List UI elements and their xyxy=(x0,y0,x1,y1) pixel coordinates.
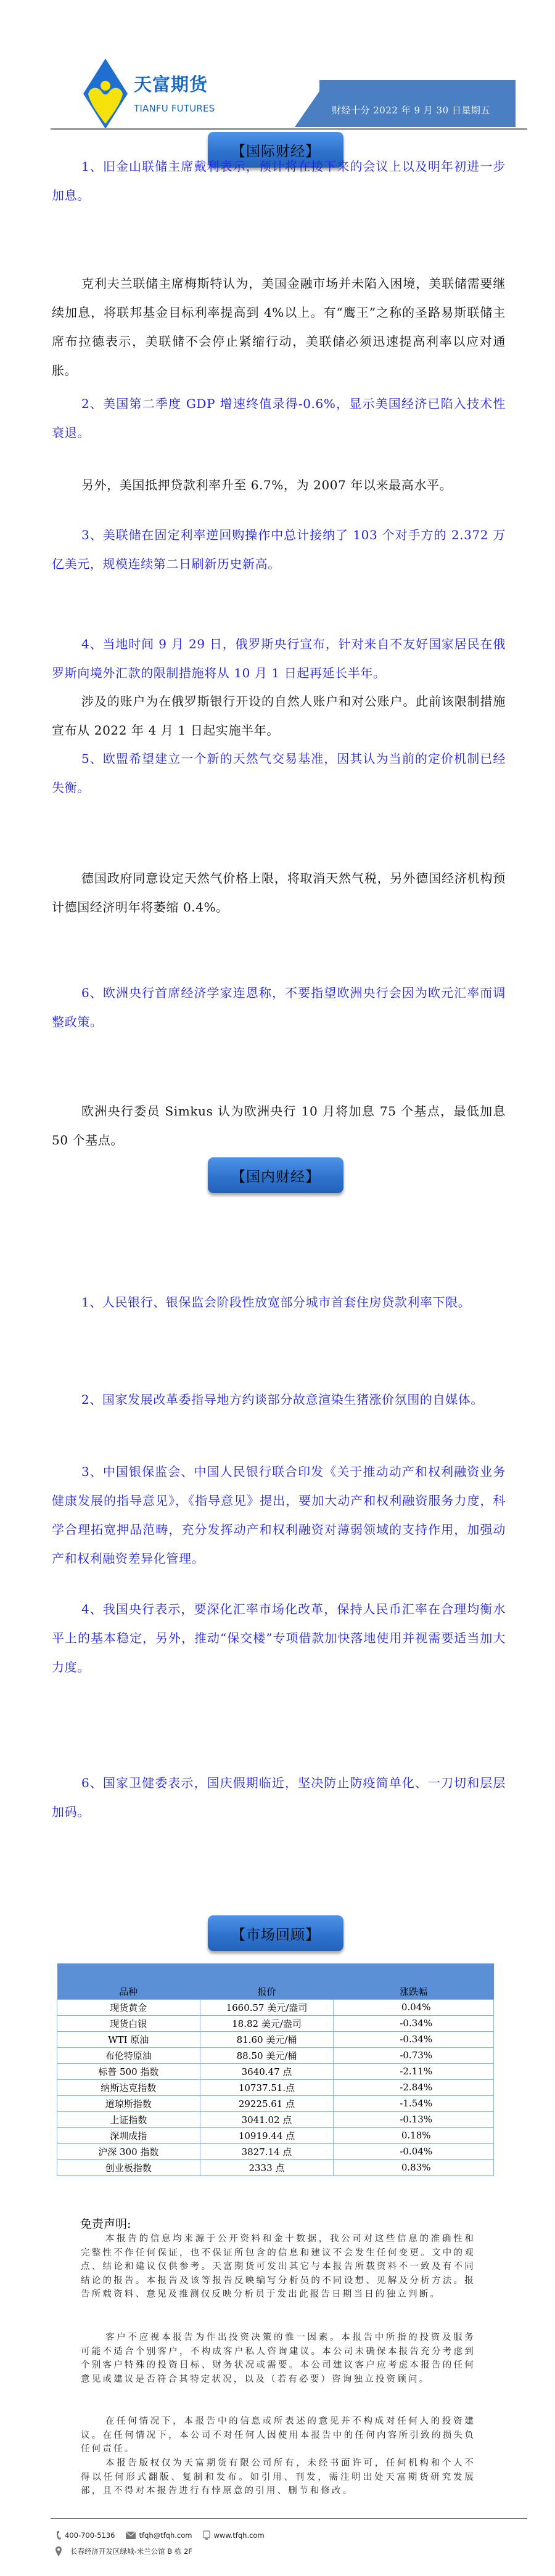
company-logo: 天富期货 TIANFU FUTURES xyxy=(83,59,219,129)
monitor-icon xyxy=(203,2530,210,2540)
intl-news-5-detail: 德国政府同意设定天然气价格上限，将取消天然气税，另外德国经济机构预计德国经济明年… xyxy=(52,864,506,922)
phone-icon xyxy=(55,2530,62,2540)
price: 3827.14 点 xyxy=(200,2143,334,2159)
instrument-name: 沪深 300 指数 xyxy=(57,2143,200,2159)
instrument-name: 创业板指数 xyxy=(57,2159,200,2175)
price: 3041.02 点 xyxy=(200,2111,334,2127)
logo-english-name: TIANFU FUTURES xyxy=(134,103,215,114)
instrument-name: 上证指数 xyxy=(57,2111,200,2127)
intl-news-1-detail: 克利夫兰联储主席梅斯特认为，美国金融市场并未陷入困境，美联储需要继续加息，将联邦… xyxy=(52,269,506,385)
intl-news-6-detail: 欧洲央行委员 Simkus 认为欧洲央行 10 月将加息 75 个基点，最低加息… xyxy=(52,1097,506,1155)
domestic-news-6: 6、国家卫健委表示，国庆假期临近，坚决防止防疫简单化、一刀切和层层加码。 xyxy=(52,1769,506,1827)
change-pct: -0.34% xyxy=(334,2015,494,2031)
instrument-name: 纳斯达克指数 xyxy=(57,2079,200,2095)
table-row: 创业板指数2333 点0.83% xyxy=(57,2159,494,2175)
footer-contacts: 400-700-5136 tfqh@tfqh.com www.tfqh.com xyxy=(55,2530,276,2540)
header-price: 报价 xyxy=(200,1963,334,1999)
disclaimer-paragraph-2: 客户不应视本报告为作出投资决策的惟一因素。本报告中所指的投资及服务可能不适合个别… xyxy=(81,2331,475,2386)
table-row: 深圳成指10919.44 点0.18% xyxy=(57,2127,494,2143)
section-title-text: 【市场回顾】 xyxy=(231,1923,320,1944)
table-row: 上证指数3041.02 点-0.13% xyxy=(57,2111,494,2127)
domestic-news-4: 4、我国央行表示，要深化汇率市场化改革，保持人民币汇率在合理均衡水平上的基本稳定… xyxy=(52,1595,506,1682)
disclaimer-paragraph-1: 本报告的信息均来源于公开资料和金十数据，我公司对这些信息的准确性和完整性不作任何… xyxy=(81,2232,475,2302)
change-pct: -1.54% xyxy=(334,2095,494,2111)
change-pct: -2.11% xyxy=(334,2063,494,2079)
intl-news-4-detail: 涉及的账户为在俄罗斯银行开设的自然人账户和对公账户。此前该限制措施宣布从 202… xyxy=(52,687,506,745)
table-row: 道琼斯指数29225.61 点-1.54% xyxy=(57,2095,494,2111)
disclaimer-paragraph-3: 在任何情况下，本报告中的信息或所表述的意见并不构成对任何人的投资建议。在任何情况… xyxy=(81,2415,475,2456)
table-row: 现货白银18.82 美元/盎司-0.34% xyxy=(57,2015,494,2031)
change-pct: -0.73% xyxy=(334,2047,494,2063)
header-change: 涨跌幅 xyxy=(334,1963,494,1999)
instrument-name: 现货黄金 xyxy=(57,1999,200,2015)
logo-chinese-name: 天富期货 xyxy=(134,71,208,96)
mail-icon xyxy=(126,2532,136,2539)
table-row: 标普 500 指数3640.47 点-2.11% xyxy=(57,2063,494,2079)
instrument-name: 深圳成指 xyxy=(57,2127,200,2143)
intl-news-2: 2、美国第二季度 GDP 增速终值录得-0.6%，显示美国经济已陷入技术性衰退。 xyxy=(52,389,506,447)
change-pct: -0.34% xyxy=(334,2031,494,2047)
domestic-news-3: 3、中国银保监会、中国人民银行联合印发《关于推动动产和权利融资业务健康发展的指导… xyxy=(52,1457,506,1573)
price: 10737.51.点 xyxy=(200,2079,334,2095)
footer-website[interactable]: www.tfqh.com xyxy=(203,2530,264,2540)
table-row: 现货黄金1660.57 美元/盎司0.04% xyxy=(57,1999,494,2015)
disclaimer-title: 免责声明: xyxy=(80,2215,131,2232)
price: 18.82 美元/盎司 xyxy=(200,2015,334,2031)
price: 1660.57 美元/盎司 xyxy=(200,1999,334,2015)
intl-news-6: 6、欧洲央行首席经济学家连恩称，不要指望欧洲央行会因为欧元汇率而调整政策。 xyxy=(52,979,506,1037)
price: 81.60 美元/桶 xyxy=(200,2031,334,2047)
instrument-name: 现货白银 xyxy=(57,2015,200,2031)
price: 3640.47 点 xyxy=(200,2063,334,2079)
intl-news-5: 5、欧盟希望建立一个新的天然气交易基准，因其认为当前的定价机制已经失衡。 xyxy=(52,744,506,802)
website-link[interactable]: www.tfqh.com xyxy=(213,2531,264,2540)
report-header: 天富期货 TIANFU FUTURES 财经十分 2022 年 9 月 30 日… xyxy=(0,0,555,132)
section-title-market: 【市场回顾】 xyxy=(208,1915,343,1951)
location-pin-icon xyxy=(55,2546,62,2556)
change-pct: -0.13% xyxy=(334,2111,494,2127)
phone-number: 400-700-5136 xyxy=(65,2531,115,2540)
intl-news-2-detail: 另外，美国抵押贷款利率升至 6.7%，为 2007 年以来最高水平。 xyxy=(52,471,506,500)
price: 10919.44 点 xyxy=(200,2127,334,2143)
section-title-domestic: 【国内财经】 xyxy=(208,1157,343,1193)
domestic-news-1: 1、人民银行、银保监会阶段性放宽部分城市首套住房贷款利率下限。 xyxy=(52,1288,506,1317)
intl-news-4: 4、当地时间 9 月 29 日，俄罗斯央行宣布，针对来自不友好国家居民在俄罗斯向… xyxy=(52,630,506,688)
footer-divider xyxy=(51,2518,527,2519)
instrument-name: 布伦特原油 xyxy=(57,2047,200,2063)
intl-news-3: 3、美联储在固定利率逆回购操作中总计接纳了 103 个对手方的 2.372 万亿… xyxy=(52,521,506,579)
instrument-name: 标普 500 指数 xyxy=(57,2063,200,2079)
change-pct: 0.83% xyxy=(334,2159,494,2175)
disclaimer-paragraph-4: 本报告版权仅为天富期货有限公司所有，未经书面许可，任何机构和个人不得以任何形式翻… xyxy=(81,2456,475,2498)
instrument-name: WTI 原油 xyxy=(57,2031,200,2047)
header-instrument: 品种 xyxy=(57,1963,200,1999)
table-header-row: 品种 报价 涨跌幅 xyxy=(57,1963,494,1999)
section-title-text: 【国内财经】 xyxy=(231,1165,320,1186)
change-pct: 0.18% xyxy=(334,2127,494,2143)
header-divider xyxy=(51,128,527,130)
price: 29225.61 点 xyxy=(200,2095,334,2111)
email-link[interactable]: tfqh@tfqh.com xyxy=(139,2531,192,2540)
change-pct: -2.84% xyxy=(334,2079,494,2095)
price: 88.50 美元/桶 xyxy=(200,2047,334,2063)
instrument-name: 道琼斯指数 xyxy=(57,2095,200,2111)
footer-address: 长春经济开发区绿城-米兰公馆 B 栋 2F xyxy=(55,2546,192,2556)
footer-phone: 400-700-5136 xyxy=(55,2530,115,2540)
change-pct: -0.04% xyxy=(334,2143,494,2159)
change-pct: 0.04% xyxy=(334,1999,494,2015)
table-row: WTI 原油81.60 美元/桶-0.34% xyxy=(57,2031,494,2047)
price: 2333 点 xyxy=(200,2159,334,2175)
domestic-news-2: 2、国家发展改革委指导地方约谈部分故意渲染生猪涨价氛围的自媒体。 xyxy=(52,1385,506,1414)
footer-email[interactable]: tfqh@tfqh.com xyxy=(126,2531,192,2540)
market-review-table: 品种 报价 涨跌幅 现货黄金1660.57 美元/盎司0.04% 现货白银18.… xyxy=(57,1963,494,2176)
table-row: 纳斯达克指数10737.51.点-2.84% xyxy=(57,2079,494,2095)
address-text: 长春经济开发区绿城-米兰公馆 B 栋 2F xyxy=(70,2546,192,2556)
table-row: 布伦特原油88.50 美元/桶-0.73% xyxy=(57,2047,494,2063)
report-date: 财经十分 2022 年 9 月 30 日星期五 xyxy=(332,104,490,116)
intl-news-1: 1、旧金山联储主席戴利表示，预计将在接下来的会议上以及明年初进一步加息。 xyxy=(52,152,506,210)
table-row: 沪深 300 指数3827.14 点-0.04% xyxy=(57,2143,494,2159)
tianfu-diamond-logo-icon xyxy=(83,59,128,129)
date-banner: 财经十分 2022 年 9 月 30 日星期五 xyxy=(295,80,516,127)
